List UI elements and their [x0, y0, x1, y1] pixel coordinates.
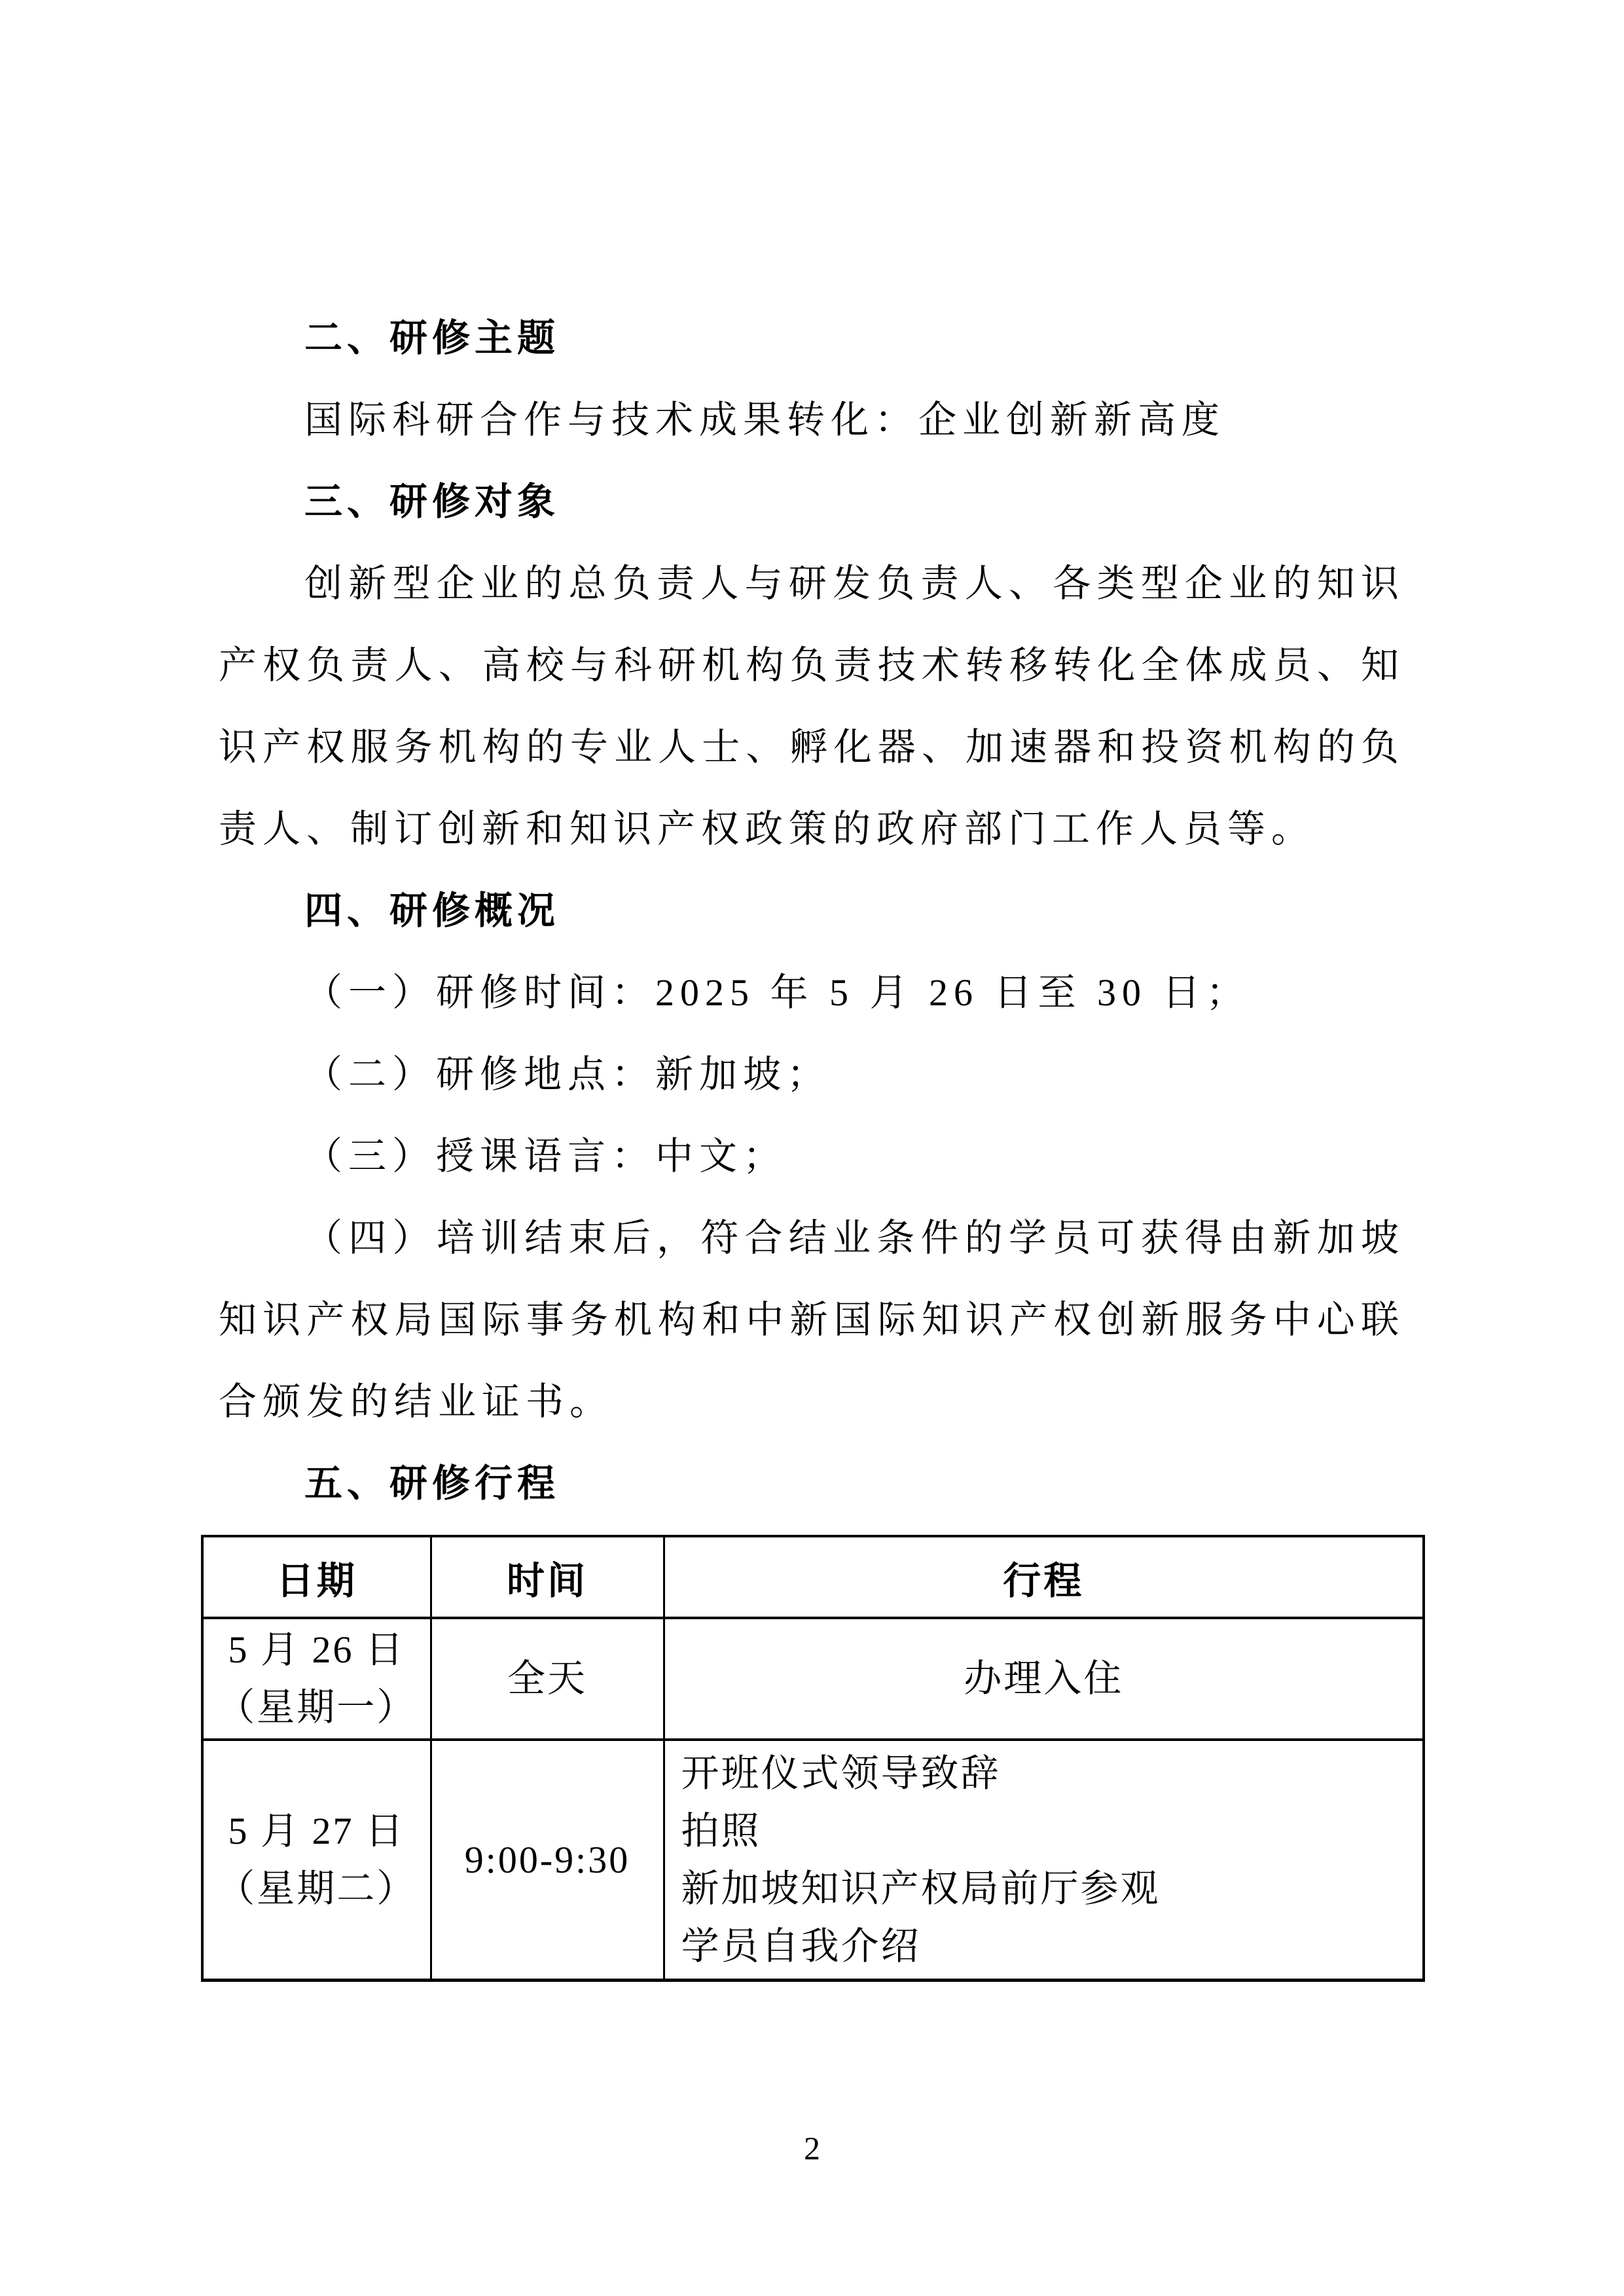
- date-line: 5 月 26 日: [204, 1621, 430, 1679]
- overview-item-2: （二）研修地点：新加坡；: [219, 1033, 1405, 1115]
- table-row: 5 月 26 日 （星期一） 全天 办理入住: [202, 1618, 1424, 1740]
- paragraph-line: 创新型企业的总负责人与研发负责人、各类型企业的知识: [219, 543, 1405, 624]
- column-header-schedule: 行程: [664, 1536, 1424, 1618]
- paragraph-line: 识产权服务机构的专业人士、孵化器、加速器和投资机构的负: [219, 706, 1405, 788]
- date-cell: 5 月 26 日 （星期一）: [202, 1618, 431, 1740]
- schedule-line: 新加坡知识产权局前厅参观: [681, 1860, 1423, 1918]
- overview-item-4: （四）培训结束后，符合结业条件的学员可获得由新加坡: [219, 1197, 1405, 1279]
- overview-item-3: （三）授课语言：中文；: [219, 1115, 1405, 1197]
- topic-line: 国际科研合作与技术成果转化：企业创新新高度: [219, 379, 1405, 461]
- schedule-table: 日期 时间 行程 5 月 26 日 （星期一） 全天 办理入住 5 月 27 日…: [201, 1535, 1425, 1982]
- schedule-cell: 办理入住: [664, 1618, 1424, 1740]
- time-cell: 全天: [431, 1618, 664, 1740]
- table-header-row: 日期 时间 行程: [202, 1536, 1424, 1618]
- overview-item-1: （一）研修时间：2025 年 5 月 26 日至 30 日；: [219, 952, 1405, 1033]
- schedule-line: 开班仪式领导致辞: [681, 1745, 1423, 1803]
- paragraph-line: 产权负责人、高校与科研机构负责技术转移转化全体成员、知: [219, 624, 1405, 706]
- page-number: 2: [0, 2128, 1624, 2168]
- document-page: 二、研修主题 国际科研合作与技术成果转化：企业创新新高度 三、研修对象 创新型企…: [0, 0, 1624, 2296]
- paragraph-line: 知识产权局国际事务机构和中新国际知识产权创新服务中心联: [219, 1279, 1405, 1361]
- schedule-line: 学员自我介绍: [681, 1918, 1423, 1975]
- section-heading-2: 二、研修主题: [219, 297, 1405, 379]
- section-heading-5: 五、研修行程: [219, 1443, 1405, 1524]
- date-cell: 5 月 27 日 （星期二）: [202, 1740, 431, 1981]
- paragraph-line: 合颁发的结业证书。: [219, 1361, 1405, 1443]
- column-header-date: 日期: [202, 1536, 431, 1618]
- schedule-line: 拍照: [681, 1803, 1423, 1860]
- document-body: 二、研修主题 国际科研合作与技术成果转化：企业创新新高度 三、研修对象 创新型企…: [219, 297, 1405, 1524]
- date-line: 5 月 27 日: [204, 1803, 430, 1860]
- time-cell: 9:00-9:30: [431, 1740, 664, 1981]
- section-heading-3: 三、研修对象: [219, 461, 1405, 543]
- weekday-line: （星期二）: [204, 1860, 430, 1918]
- table-row: 5 月 27 日 （星期二） 9:00-9:30 开班仪式领导致辞 拍照 新加坡…: [202, 1740, 1424, 1981]
- schedule-cell: 开班仪式领导致辞 拍照 新加坡知识产权局前厅参观 学员自我介绍: [664, 1740, 1424, 1981]
- weekday-line: （星期一）: [204, 1679, 430, 1736]
- paragraph-line: 责人、制订创新和知识产权政策的政府部门工作人员等。: [219, 788, 1405, 870]
- column-header-time: 时间: [431, 1536, 664, 1618]
- section-heading-4: 四、研修概况: [219, 870, 1405, 952]
